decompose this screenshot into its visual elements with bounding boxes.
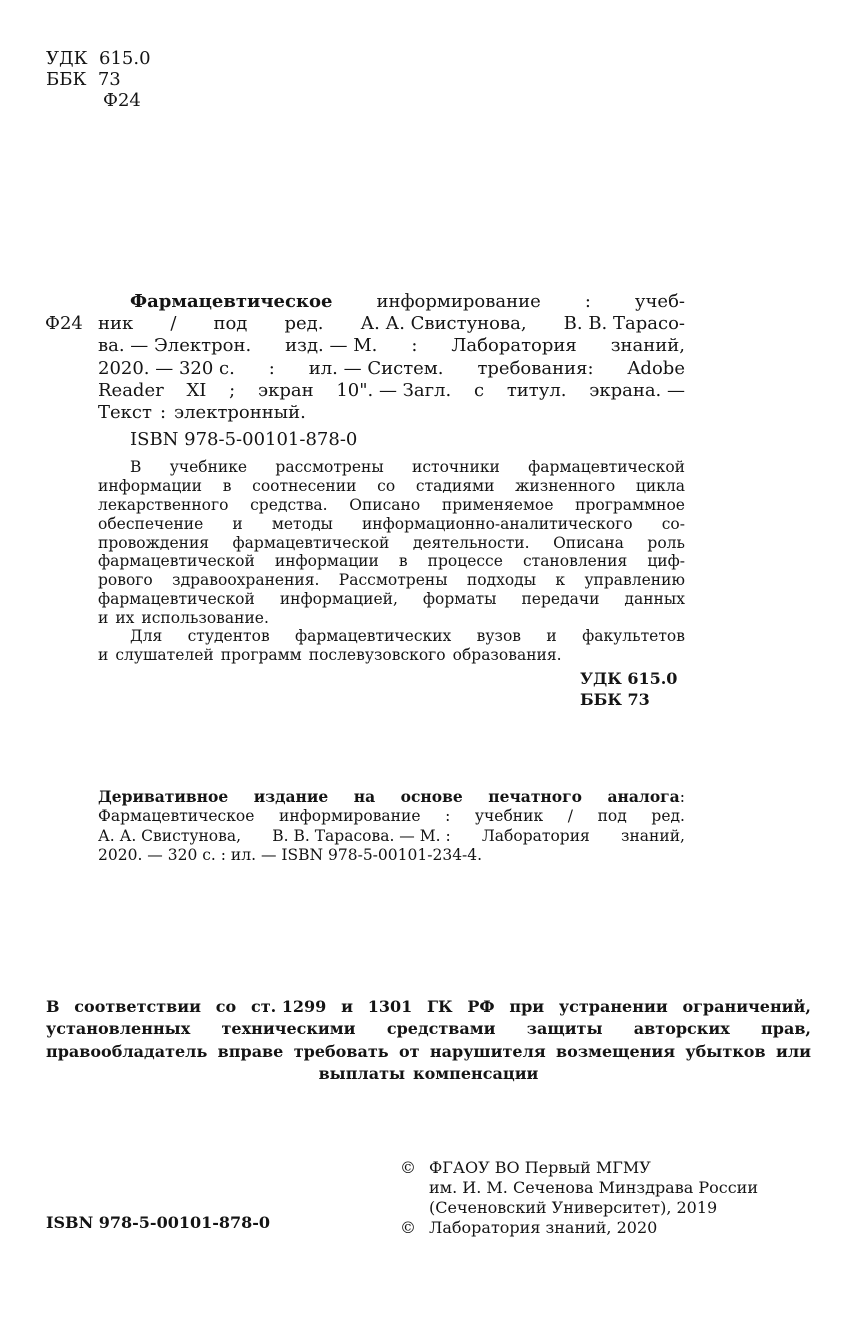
word: ва. — Электрон. — [98, 335, 251, 357]
word: деятельности. — [413, 534, 530, 553]
word: и — [546, 627, 556, 646]
word: Фармацевтическое — [98, 807, 254, 826]
word: фармацевтической — [98, 552, 255, 571]
word: послевузовского — [309, 646, 446, 665]
word: ГК — [427, 996, 453, 1018]
derivative-heading: Деривативноеизданиенаосновепечатногоанал… — [98, 788, 685, 807]
copyright-holder-1: © ФГАОУ ВО Первый МГМУ — [400, 1158, 758, 1178]
word: установленных — [46, 1018, 190, 1040]
word: ограничений, — [682, 996, 811, 1018]
author-sign: Ф24 — [46, 90, 151, 111]
word: : — [585, 291, 591, 313]
word: Рассмотрены — [339, 571, 448, 590]
word: со- — [662, 515, 685, 534]
word: В — [46, 996, 60, 1018]
word: / — [568, 807, 573, 826]
word: при — [509, 996, 544, 1018]
classification-codes-bottom: УДК 615.0 ББК 73 — [580, 668, 677, 710]
word: В. В. Тарасова. — М. : — [272, 827, 450, 846]
audience-paragraph: Длястудентовфармацевтическихвузовифакуль… — [98, 627, 685, 665]
entry-line: ReaderXI;экран10". — Загл.ститул.экрана.… — [98, 380, 685, 402]
bbk-label: ББК — [46, 69, 86, 90]
legal-line: выплатыкомпенсации — [46, 1063, 811, 1085]
word: выплаты — [319, 1063, 405, 1085]
word: обеспечение — [98, 515, 203, 534]
word: возмещения — [556, 1041, 675, 1063]
abstract-line: обеспечениеиметодыинформационно-аналитич… — [98, 515, 685, 534]
word: В — [130, 458, 141, 477]
word: ил. — Систем. — [309, 358, 444, 380]
entry-line: Текст:электронный. — [98, 402, 685, 424]
word: информационно-аналитического — [362, 515, 633, 534]
word: : — [269, 358, 275, 380]
word: вузов — [477, 627, 521, 646]
copyright-block: © ФГАОУ ВО Первый МГМУ им. И. М. Сеченов… — [400, 1158, 758, 1238]
abstract-line: фармацевтическойинформациивпроцессестано… — [98, 552, 685, 571]
word: Описано — [349, 496, 420, 515]
copyright-holder-1-line-3: (Сеченовский Университет), 2019 — [400, 1198, 758, 1218]
udk-label: УДК — [46, 48, 88, 69]
word: использование. — [141, 609, 268, 628]
legal-line: Всоответствиисост. 1299и1301ГКРФприустра… — [46, 996, 811, 1018]
word: на — [354, 788, 375, 807]
word: Описана — [553, 534, 624, 553]
word: и — [98, 609, 108, 628]
word: соотнесении — [252, 477, 356, 496]
word: к — [555, 571, 565, 590]
word: и — [232, 515, 242, 534]
word: рового — [98, 571, 153, 590]
word: 10". — Загл. — [336, 380, 451, 402]
word: со — [377, 477, 395, 496]
abstract-line: Вучебникерассмотреныисточникифармацевтич… — [98, 458, 685, 477]
word: управлению — [584, 571, 685, 590]
entry-line: ник/подред.А. А. Свистунова,В. В. Тарасо… — [98, 313, 685, 335]
isbn-footer: ISBN 978-5-00101-878-0 — [46, 1213, 270, 1232]
bibliographic-entry: Фармацевтическоеинформирование:учеб-ник/… — [98, 291, 685, 424]
word: ред. — [284, 313, 323, 335]
word: изд. — М. — [285, 335, 377, 357]
abstract-line: лекарственногосредства.Описаноприменяемо… — [98, 496, 685, 515]
copyright-holder-1-line-2: им. И. М. Сеченова Минздрава России — [400, 1178, 758, 1198]
word: : — [445, 807, 450, 826]
derivative-line: Фармацевтическоеинформирование:учебник/п… — [98, 807, 685, 826]
word: авторских — [634, 1018, 730, 1040]
copyright-holder-2-text: Лаборатория знаний, 2020 — [429, 1218, 657, 1238]
word: техническими — [222, 1018, 356, 1040]
word: электронный. — [174, 402, 306, 424]
word: процессе — [428, 552, 503, 571]
word: фармацевтической — [233, 534, 390, 553]
word: РФ — [467, 996, 494, 1018]
word: фармацевтических — [295, 627, 451, 646]
word: методы — [272, 515, 333, 534]
word: титул. — [507, 380, 567, 402]
word: Лаборатория — [451, 335, 576, 357]
word: аналога: — [607, 788, 684, 807]
word: средства. — [250, 496, 327, 515]
audience-line: Длястудентовфармацевтическихвузовифакуль… — [98, 627, 685, 646]
word: ; — [229, 380, 235, 402]
word: прав, — [761, 1018, 811, 1040]
word: А. А. Свистунова, — [98, 827, 241, 846]
word: информирование — [376, 291, 540, 313]
word: в — [399, 552, 408, 571]
word: компенсации — [413, 1063, 538, 1085]
word: передачи — [521, 590, 599, 609]
word: В. В. Тарасо- — [564, 313, 685, 335]
copyright-icon: © — [400, 1218, 429, 1238]
word: здравоохранения. — [172, 571, 319, 590]
word: требовать — [294, 1041, 389, 1063]
abstract-line: иихиспользование. — [98, 609, 685, 628]
word: ред. — [651, 807, 685, 826]
entry-line: ва. — Электрон.изд. — М.:Лабораториязнан… — [98, 335, 685, 357]
word: лекарственного — [98, 496, 228, 515]
audience-line: ислушателейпрограммпослевузовскогообразо… — [98, 646, 685, 665]
word: убытков — [685, 1041, 765, 1063]
word: / — [170, 313, 176, 335]
word: программ — [221, 646, 302, 665]
word: Текст — [98, 402, 152, 424]
word: Деривативное — [98, 788, 228, 807]
derivative-edition-note: Деривативноеизданиенаосновепечатногоанал… — [98, 788, 685, 866]
word: провождения — [98, 534, 209, 553]
word: слушателей — [115, 646, 213, 665]
udk-code: УДК 615.0 — [580, 668, 677, 689]
word: 2020. — 320 с. : ил. — ISBN 978-5-00101-… — [98, 846, 482, 865]
word: устранении — [559, 996, 668, 1018]
copyright-holder-2: © Лаборатория знаний, 2020 — [400, 1218, 758, 1238]
word: информации — [275, 552, 379, 571]
classification-codes-top: УДК 615.0 ББК 73 Ф24 — [46, 48, 151, 111]
word: от — [399, 1041, 420, 1063]
word: требования: — [477, 358, 593, 380]
word: знаний, — [621, 827, 685, 846]
bbk-code: ББК 73 — [580, 689, 677, 710]
isbn-main: ISBN 978-5-00101-878-0 — [130, 429, 357, 451]
word: их — [115, 609, 134, 628]
word: издание — [254, 788, 328, 807]
word: программное — [575, 496, 685, 515]
word: рассмотрены — [275, 458, 383, 477]
word: 1301 — [368, 996, 413, 1018]
entry-line: 2020. — 320 с.:ил. — Систем.требования:A… — [98, 358, 685, 380]
entry-title: Фармацевтическое — [130, 291, 332, 313]
entry-author-sign: Ф24 — [45, 313, 83, 335]
word: средствами — [387, 1018, 496, 1040]
word: экрана. — — [589, 380, 685, 402]
word: ст. 1299 — [251, 996, 326, 1018]
derivative-line: 2020. — 320 с. : ил. — ISBN 978-5-00101-… — [98, 846, 685, 865]
word: : — [160, 402, 166, 424]
colon: : — [680, 788, 685, 806]
bbk-row: ББК 73 — [46, 69, 151, 90]
word: и — [98, 646, 108, 665]
word: роль — [647, 534, 685, 553]
entry-line: Фармацевтическоеинформирование:учеб- — [98, 291, 685, 313]
word: информирование — [279, 807, 421, 826]
word: Лаборатория — [482, 827, 590, 846]
word: или — [776, 1041, 811, 1063]
word: 2020. — 320 с. — [98, 358, 235, 380]
word: со — [216, 996, 236, 1018]
word: фармацевтической — [528, 458, 685, 477]
word: образования. — [453, 646, 562, 665]
udk-row: УДК 615.0 — [46, 48, 151, 69]
word: учебнике — [170, 458, 247, 477]
word: данных — [624, 590, 685, 609]
derivative-line: А. А. Свистунова,В. В. Тарасова. — М. :Л… — [98, 827, 685, 846]
word: применяемое — [442, 496, 554, 515]
word: информацией, — [280, 590, 398, 609]
copyright-holder-1-line-1: ФГАОУ ВО Первый МГМУ — [429, 1158, 651, 1178]
word: экран — [258, 380, 314, 402]
word: в — [223, 477, 232, 496]
abstract-paragraph: Вучебникерассмотреныисточникифармацевтич… — [98, 458, 685, 628]
word: Adobe — [627, 358, 685, 380]
word: циф- — [647, 552, 685, 571]
bbk-value: 73 — [98, 69, 121, 90]
word: правообладатель — [46, 1041, 207, 1063]
word: под — [213, 313, 247, 335]
word: знаний, — [611, 335, 685, 357]
word: студентов — [188, 627, 270, 646]
word: под — [598, 807, 627, 826]
abstract-line: ровогоздравоохранения.Рассмотреныподходы… — [98, 571, 685, 590]
word: учеб- — [635, 291, 685, 313]
word: становления — [523, 552, 627, 571]
abstract-line: фармацевтическойинформацией,форматыперед… — [98, 590, 685, 609]
word: печатного — [488, 788, 582, 807]
word: соответствии — [74, 996, 201, 1018]
word: защиты — [527, 1018, 603, 1040]
legal-notice: Всоответствиисост. 1299и1301ГКРФприустра… — [46, 996, 811, 1085]
word: источники — [412, 458, 500, 477]
word: форматы — [423, 590, 497, 609]
word: и — [341, 996, 353, 1018]
word: ник — [98, 313, 133, 335]
word: : — [411, 335, 417, 357]
word: А. А. Свистунова, — [360, 313, 526, 335]
word: основе — [401, 788, 463, 807]
word: с — [474, 380, 484, 402]
word: Для — [130, 627, 162, 646]
word: информации — [98, 477, 202, 496]
word: цикла — [636, 477, 685, 496]
word: подходы — [467, 571, 536, 590]
legal-line: правообладательвправетребоватьотнарушите… — [46, 1041, 811, 1063]
abstract-line: провожденияфармацевтическойдеятельности.… — [98, 534, 685, 553]
word: вправе — [218, 1041, 284, 1063]
word: учебник — [475, 807, 543, 826]
copyright-icon: © — [400, 1158, 429, 1178]
word: фармацевтической — [98, 590, 255, 609]
word: Reader — [98, 380, 164, 402]
udk-value: 615.0 — [99, 48, 151, 69]
word: XI — [186, 380, 206, 402]
word: факультетов — [582, 627, 685, 646]
legal-line: установленныхтехническимисредствамизащит… — [46, 1018, 811, 1040]
abstract-line: информациивсоотнесениисостадиямижизненно… — [98, 477, 685, 496]
word: жизненного — [515, 477, 615, 496]
word: стадиями — [416, 477, 495, 496]
word: нарушителя — [430, 1041, 546, 1063]
